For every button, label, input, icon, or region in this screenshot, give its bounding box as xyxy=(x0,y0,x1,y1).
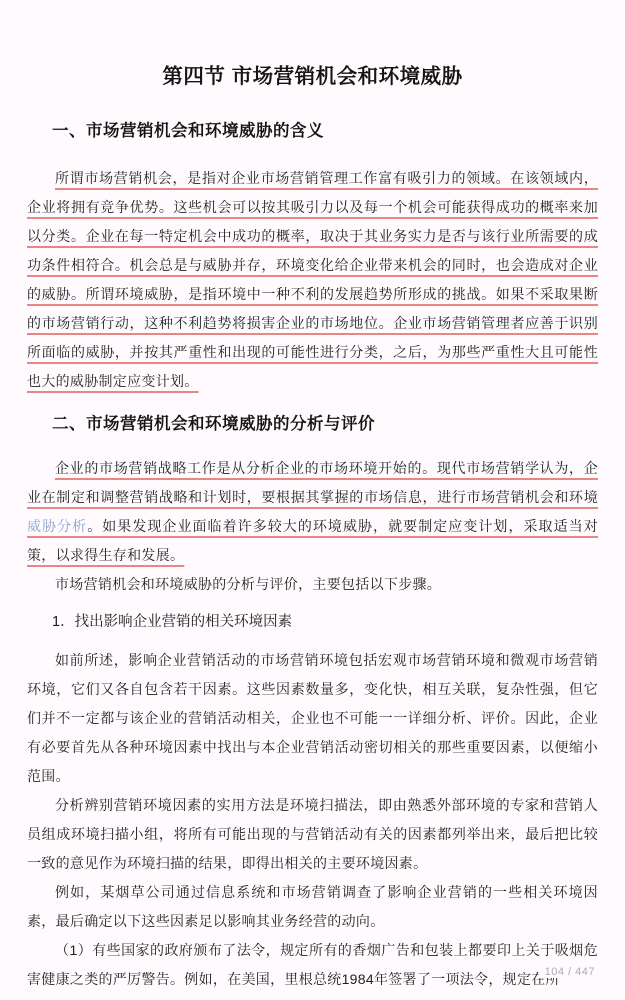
paragraph-steps-lead: 市场营销机会和环境威胁的分析与评价，主要包括以下步骤。 xyxy=(27,570,598,599)
paragraph-environment-scanning: 分析辨别营销环境因素的实用方法是环境扫描法，即由熟悉外部环境的专家和营销人员组成… xyxy=(27,791,598,878)
paragraph-analysis-intro-pre: 企业的市场营销战略工作是从分析企业的市场环境开始的。现代市场营销学认为，企业在制… xyxy=(27,460,598,505)
reader-content: 第四节 市场营销机会和环境威胁 一、市场营销机会和环境威胁的含义 所谓市场营销机… xyxy=(0,0,625,994)
paragraph-analysis-intro-post: 。如果发现企业面临着许多较大的环境威胁，就要制定应变计划，采取适当对策，以求得生… xyxy=(27,518,598,563)
paragraph-item-1-law: （1）有些国家的政府颁布了法令，规定所有的香烟广告和包装上都要印上关于吸烟危害健… xyxy=(27,936,598,994)
page-indicator: 104 / 447 xyxy=(539,966,595,978)
paragraph-environment-factors: 如前所述，影响企业营销活动的市场营销环境包括宏观市场营销环境和微观市场营销环境，… xyxy=(27,646,598,791)
threat-analysis-link[interactable]: 威胁分析 xyxy=(27,518,87,534)
section-heading-1: 一、市场营销机会和环境威胁的含义 xyxy=(27,121,598,142)
paragraph-opportunity-definition: 所谓市场营销机会，是指对企业市场营销管理工作富有吸引力的领域。在该领域内，企业将… xyxy=(27,164,598,396)
page-title: 第四节 市场营销机会和环境威胁 xyxy=(27,64,598,90)
sub-heading-step-1: 1．找出影响企业营销的相关环境因素 xyxy=(27,612,598,633)
section-heading-2: 二、市场营销机会和环境威胁的分析与评价 xyxy=(27,414,598,435)
paragraph-tobacco-example: 例如，某烟草公司通过信息系统和市场营销调查了影响企业营销的一些相关环境因素，最后… xyxy=(27,878,598,936)
reader-page: 第四节 市场营销机会和环境威胁 一、市场营销机会和环境威胁的含义 所谓市场营销机… xyxy=(0,0,625,1000)
paragraph-analysis-intro: 企业的市场营销战略工作是从分析企业的市场环境开始的。现代市场营销学认为，企业在制… xyxy=(27,454,598,570)
